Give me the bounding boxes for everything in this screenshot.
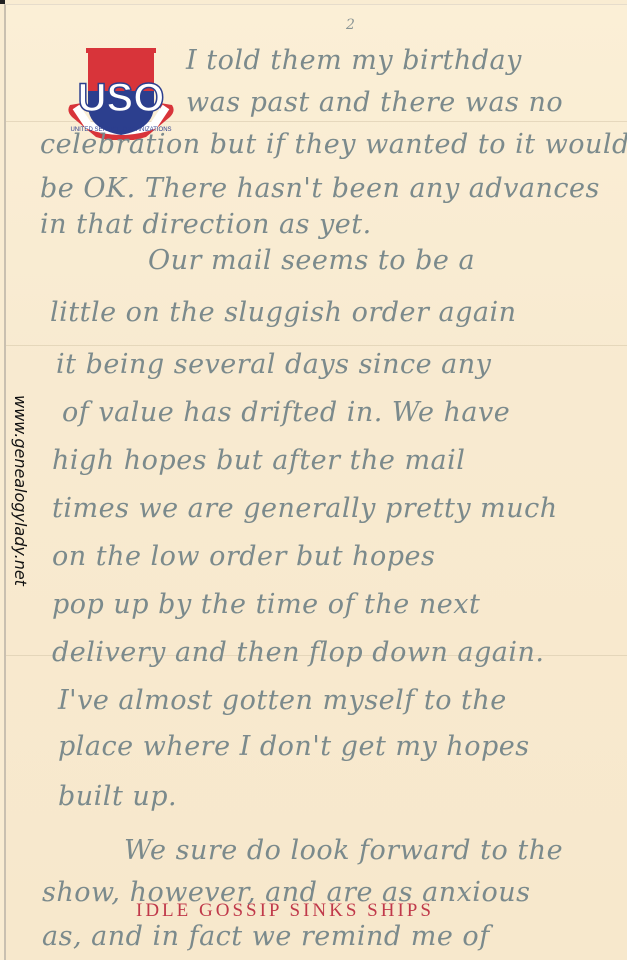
letter-line: I've almost gotten myself to the [58, 685, 507, 716]
letter-line: little on the sluggish order again [50, 297, 517, 328]
letter-line: be OK. There hasn't been any advances [40, 173, 600, 204]
letter-page: 2 USO UNITED SERVICE ORGANIZATIONS I tol… [4, 4, 627, 960]
uso-logo-icon: USO UNITED SERVICE ORGANIZATIONS [66, 45, 176, 140]
letter-line: pop up by the time of the next [52, 589, 480, 620]
page-number: 2 [346, 17, 355, 33]
letter-line: as, and in fact we remind me of [42, 921, 490, 952]
letter-line: on the low order but hopes [52, 541, 435, 572]
scan-corner [0, 0, 5, 4]
fold-line [6, 345, 627, 346]
letter-line: high hopes but after the mail [52, 445, 465, 476]
letter-line: delivery and then flop down again. [52, 637, 545, 668]
letter-line: times we are generally pretty much [52, 493, 558, 524]
letter-line: in that direction as yet. [40, 209, 372, 240]
letter-line: was past and there was no [186, 87, 563, 118]
svg-text:USO: USO [78, 76, 165, 120]
letter-line: built up. [58, 781, 177, 812]
letter-line: celebration but if they wanted to it wou… [40, 129, 627, 160]
letter-line: I told them my birthday [186, 45, 522, 76]
letter-line: Our mail seems to be a [148, 245, 475, 276]
watermark-text: www.genealogylady.net [11, 395, 30, 586]
footer-slogan: IDLE GOSSIP SINKS SHIPS [136, 900, 434, 922]
letter-line: it being several days since any [56, 349, 491, 380]
letter-line: We sure do look forward to the [124, 835, 563, 866]
letter-line: place where I don't get my hopes [58, 731, 530, 762]
letter-line: of value has drifted in. We have [62, 397, 510, 428]
